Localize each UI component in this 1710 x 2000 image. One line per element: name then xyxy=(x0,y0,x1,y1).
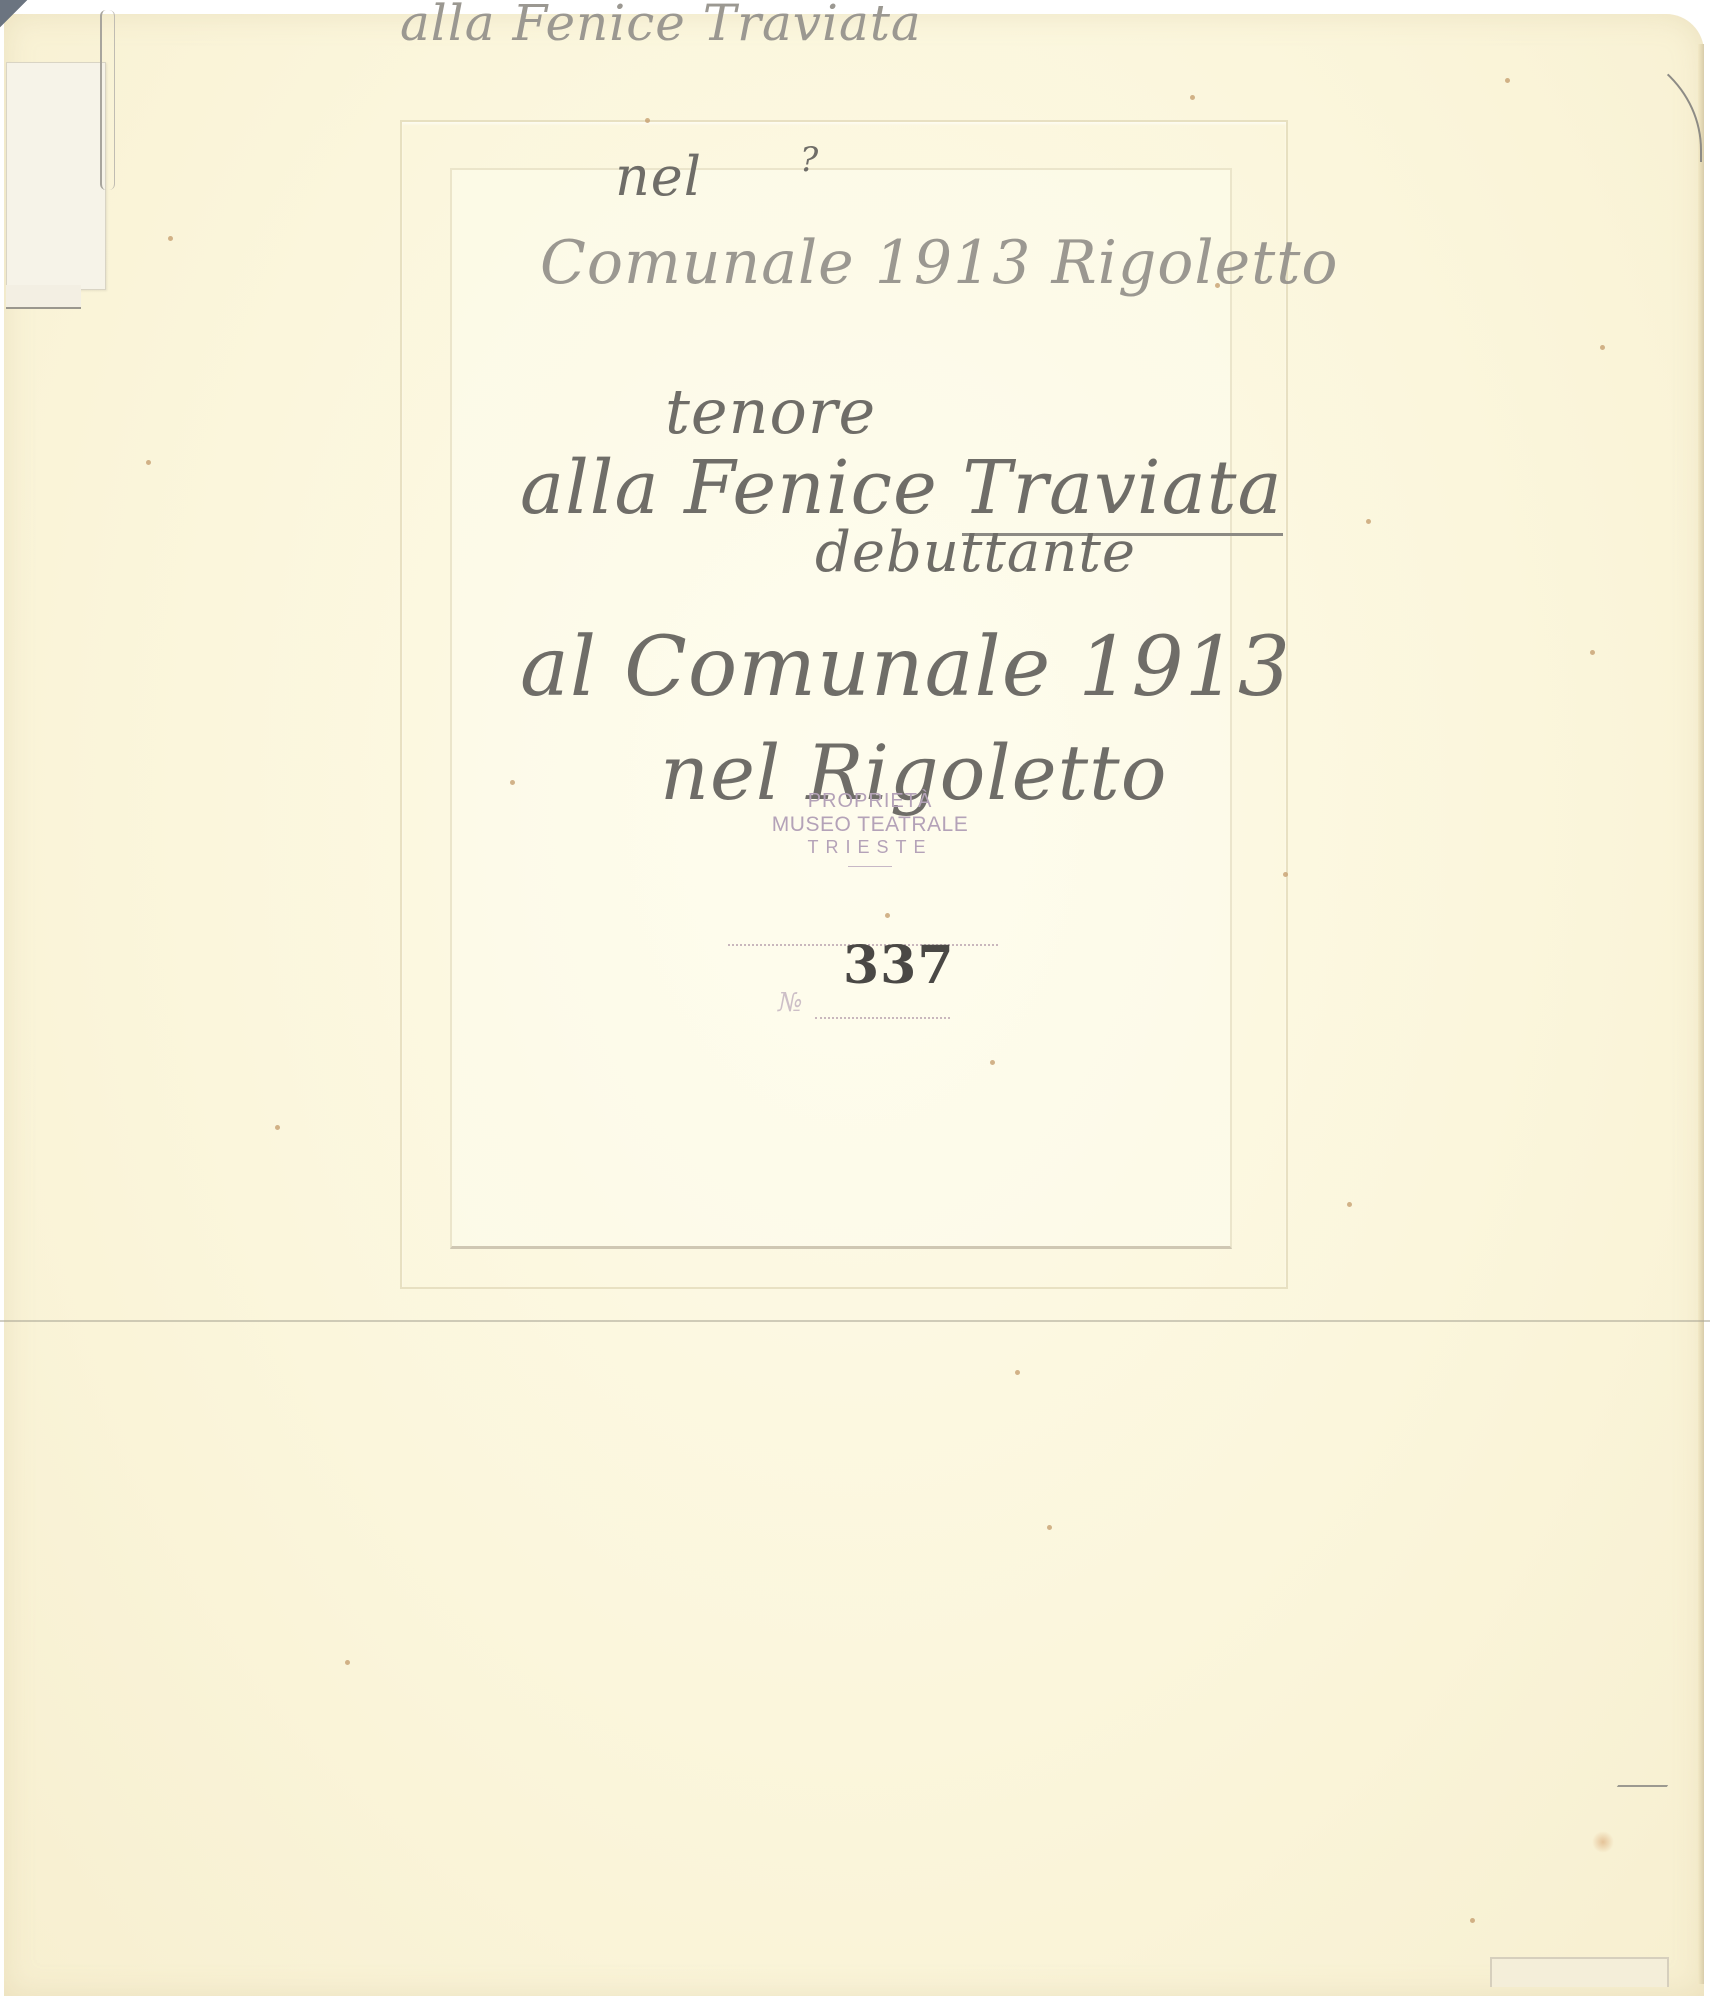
stamp-line-museo: MUSEO TEATRALE xyxy=(745,813,995,837)
foxing-spot xyxy=(1600,345,1605,350)
pencil-edge-mark xyxy=(100,10,115,190)
foxing-spot xyxy=(345,1660,350,1665)
foxing-spot xyxy=(1190,95,1195,100)
foxing-spot xyxy=(1366,519,1371,524)
adhesive-tape-patch xyxy=(6,62,106,290)
paper-edge xyxy=(1698,44,1704,1984)
foxing-spot xyxy=(990,1060,995,1065)
foxing-spot xyxy=(1015,1370,1020,1375)
foxing-spot xyxy=(1347,1202,1352,1207)
foxing-spot xyxy=(1215,283,1220,288)
handwritten-alla-fenice: alla Fenice xyxy=(520,445,938,531)
foxing-stain xyxy=(1592,1831,1614,1853)
handwritten-nel: nel xyxy=(615,145,702,208)
stamp-line-proprieta: PROPRIETÀ xyxy=(745,790,995,813)
foxing-spot xyxy=(645,118,650,123)
inventory-dotted-line-bottom xyxy=(815,1017,950,1019)
foxing-spot xyxy=(1590,650,1595,655)
stamp-line-trieste: TRIESTE xyxy=(745,837,995,858)
adhesive-tape-strip xyxy=(6,285,81,309)
foxing-spot xyxy=(510,780,515,785)
inventory-number: 337 xyxy=(843,935,955,996)
museum-property-stamp: PROPRIETÀ MUSEO TEATRALE TRIESTE xyxy=(745,790,995,867)
foxing-spot xyxy=(168,236,173,241)
foxing-spot xyxy=(146,460,151,465)
paper-fold-crease xyxy=(0,1320,1710,1336)
foxing-spot xyxy=(885,913,890,918)
handwritten-debuttante: debuttante xyxy=(815,520,1136,585)
foxing-spot xyxy=(1505,78,1510,83)
handwritten-tenore: tenore xyxy=(665,375,876,448)
handwritten-alla-fenice-line: alla Fenice Traviata xyxy=(520,445,1283,531)
faded-label-tab xyxy=(1490,1957,1669,1987)
foxing-spot xyxy=(275,1125,280,1130)
handwritten-al-comunale-1913: al Comunale 1913 xyxy=(520,620,1291,715)
background-corner xyxy=(0,0,30,30)
stamp-rule xyxy=(848,866,892,867)
handwritten-question-mark: ? xyxy=(800,140,819,180)
foxing-spot xyxy=(1047,1525,1052,1530)
handwritten-top-note: alla Fenice Traviata xyxy=(400,0,922,52)
inventory-no-label: № xyxy=(778,988,803,1018)
foxing-spot xyxy=(1283,872,1288,877)
foxing-spot xyxy=(1470,1918,1475,1923)
